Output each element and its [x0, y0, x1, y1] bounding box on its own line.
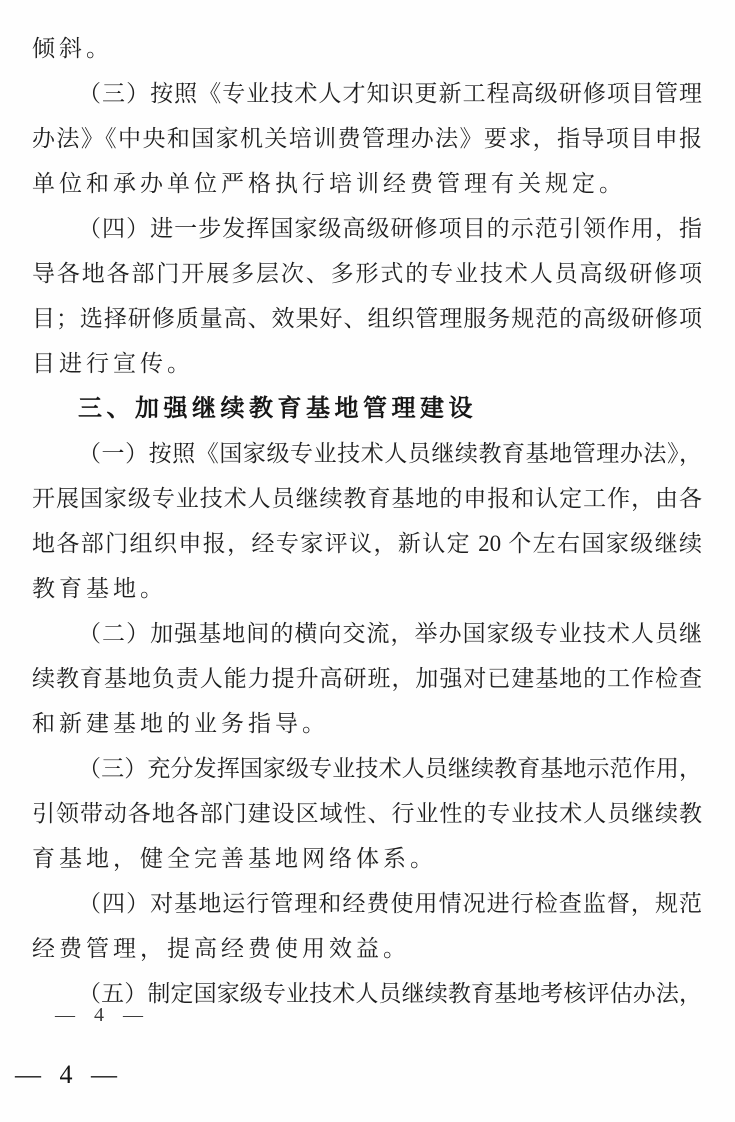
section-heading: 三、加强继续教育基地管理建设 — [32, 386, 702, 431]
text-line: 单位和承办单位严格执行培训经费管理有关规定。 — [32, 161, 702, 206]
text-line: 教育基地。 — [32, 566, 702, 611]
text-line: 导各地各部门开展多层次、多形式的专业技术人员高级研修项 — [32, 251, 702, 296]
text-line: 地各部门组织申报，经专家评议，新认定 20 个左右国家级继续 — [32, 521, 702, 566]
text-line: 开展国家级专业技术人员继续教育基地的申报和认定工作，由各 — [32, 476, 702, 521]
text-line: 引领带动各地各部门建设区域性、行业性的专业技术人员继续教 — [32, 791, 702, 836]
text-block: 倾斜。（三）按照《专业技术人才知识更新工程高级研修项目管理办法》《中央和国家机关… — [32, 26, 702, 1016]
text-line: （四）对基地运行管理和经费使用情况进行检查监督，规范 — [32, 881, 702, 926]
document-page: 倾斜。（三）按照《专业技术人才知识更新工程高级研修项目管理办法》《中央和国家机关… — [0, 0, 735, 1122]
text-line: 倾斜。 — [32, 26, 702, 71]
text-line: 续教育基地负责人能力提升高研班，加强对已建基地的工作检查 — [32, 656, 702, 701]
text-line: 目；选择研修质量高、效果好、组织管理服务规范的高级研修项 — [32, 296, 702, 341]
page-number-footer: — 4 — — [15, 1060, 118, 1090]
text-line: 目进行宣传。 — [32, 341, 702, 386]
text-line: 办法》《中央和国家机关培训费管理办法》要求，指导项目申报 — [32, 116, 702, 161]
text-line: （一）按照《国家级专业技术人员继续教育基地管理办法》， — [32, 431, 702, 476]
text-line: 育基地，健全完善基地网络体系。 — [32, 836, 702, 881]
text-line: （四）进一步发挥国家级高级研修项目的示范引领作用，指 — [32, 206, 702, 251]
page-number-scanned: — 4 — — [55, 1004, 144, 1027]
text-line: （二）加强基地间的横向交流，举办国家级专业技术人员继 — [32, 611, 702, 656]
text-line: 经费管理，提高经费使用效益。 — [32, 926, 702, 971]
text-line: （三）充分发挥国家级专业技术人员继续教育基地示范作用， — [32, 746, 702, 791]
text-line: （三）按照《专业技术人才知识更新工程高级研修项目管理 — [32, 71, 702, 116]
text-line: 和新建基地的业务指导。 — [32, 701, 702, 746]
